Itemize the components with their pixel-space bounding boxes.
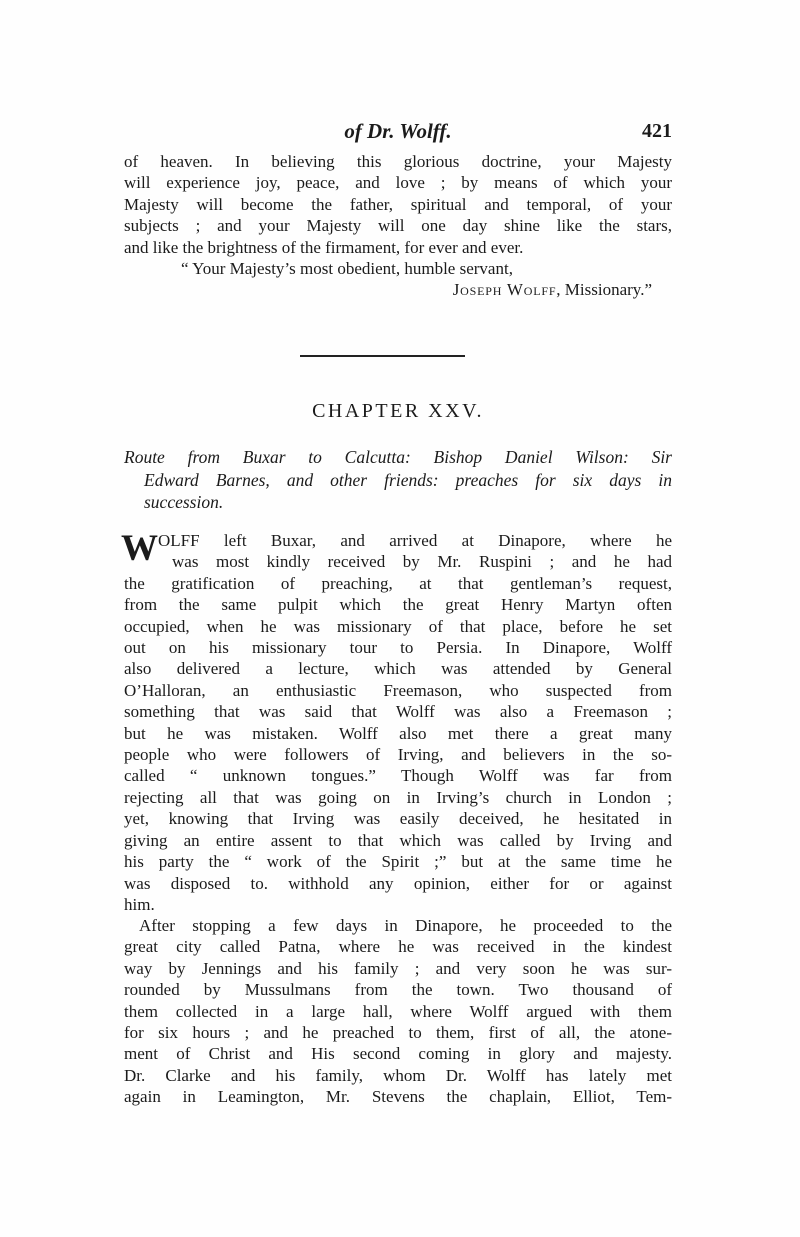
text-line: occupied, when he was missionary of that…	[124, 616, 672, 637]
running-header-title: of Dr. Wolff.	[124, 116, 672, 146]
text-line: “ Your Majesty’s most obedient, humble s…	[124, 258, 672, 279]
text-line: but he was mistaken. Wolff also met ther…	[124, 723, 672, 744]
paragraph-lines: of heaven. In believing this glorious do…	[124, 151, 672, 279]
text-line: O’Halloran, an enthusiastic Freemason, w…	[124, 680, 672, 701]
text-line: Dr. Clarke and his family, whom Dr. Wolf…	[124, 1065, 672, 1086]
signature-line: Joseph Wolff, Missionary.”	[124, 279, 672, 300]
text-line: something that was said that Wolff was a…	[124, 701, 672, 722]
text-line: was most kindly received by Mr. Ruspini …	[124, 551, 672, 572]
chapter-summary: Route from Buxar to Calcutta: Bishop Dan…	[124, 446, 672, 514]
paragraph-lines: After stopping a few days in Dinapore, h…	[124, 915, 672, 1108]
text-line: great city called Patna, where he was re…	[124, 936, 672, 957]
text-line: way by Jennings and his family ; and ver…	[124, 958, 672, 979]
text-line: giving an entire assent to that which wa…	[124, 830, 672, 851]
text-line: for six hours ; and he preached to them,…	[124, 1022, 672, 1043]
text-line: OLFF left Buxar, and arrived at Dinapore…	[124, 530, 672, 551]
text-line: from the same pulpit which the great Hen…	[124, 594, 672, 615]
text-line: Edward Barnes, and other friends: preach…	[124, 469, 672, 492]
text-line: and like the brightness of the firmament…	[124, 237, 672, 258]
text-line: him.	[124, 894, 672, 915]
text-line: Route from Buxar to Calcutta: Bishop Dan…	[124, 446, 672, 469]
text-line: Majesty will become the father, spiritua…	[124, 194, 672, 215]
text-line: them collected in a large hall, where Wo…	[124, 1001, 672, 1022]
paragraph-lines: OLFF left Buxar, and arrived at Dinapore…	[124, 530, 672, 915]
text-line: succession.	[124, 491, 672, 514]
text-line: people who were followers of Irving, and…	[124, 744, 672, 765]
text-line: ment of Christ and His second coming in …	[124, 1043, 672, 1064]
section-divider-rule	[300, 355, 465, 357]
text-line: rejecting all that was going on in Irvin…	[124, 787, 672, 808]
body-paragraph-1: W OLFF left Buxar, and arrived at Dinapo…	[124, 530, 672, 915]
chapter-heading: CHAPTER XXV.	[124, 399, 672, 423]
text-line: the gratification of preaching, at that …	[124, 573, 672, 594]
text-line: out on his missionary tour to Persia. In…	[124, 637, 672, 658]
text-line: yet, knowing that Irving was easily dece…	[124, 808, 672, 829]
text-line: After stopping a few days in Dinapore, h…	[124, 915, 672, 936]
body-paragraph-2: After stopping a few days in Dinapore, h…	[124, 915, 672, 1108]
text-line: of heaven. In believing this glorious do…	[124, 151, 672, 172]
summary-lines: Route from Buxar to Calcutta: Bishop Dan…	[124, 446, 672, 514]
signature-suffix: , Missionary.”	[556, 280, 652, 299]
text-line: will experience joy, peace, and love ; b…	[124, 172, 672, 193]
text-line: again in Leamington, Mr. Stevens the cha…	[124, 1086, 672, 1107]
text-line: was disposed to. withhold any opinion, e…	[124, 873, 672, 894]
text-line: also delivered a lecture, which was atte…	[124, 658, 672, 679]
page-number: 421	[642, 116, 672, 146]
text-line: rounded by Mussulmans from the town. Two…	[124, 979, 672, 1000]
running-header: of Dr. Wolff. 421	[124, 116, 672, 148]
text-line: called “ unknown tongues.” Though Wolff …	[124, 765, 672, 786]
text-line: his party the “ work of the Spirit ;” bu…	[124, 851, 672, 872]
opening-paragraph: of heaven. In believing this glorious do…	[124, 151, 672, 301]
drop-cap: W	[121, 530, 158, 567]
book-page: of Dr. Wolff. 421 of heaven. In believin…	[0, 0, 800, 1237]
signature-name: Joseph Wolff	[453, 280, 557, 299]
text-line: subjects ; and your Majesty will one day…	[124, 215, 672, 236]
